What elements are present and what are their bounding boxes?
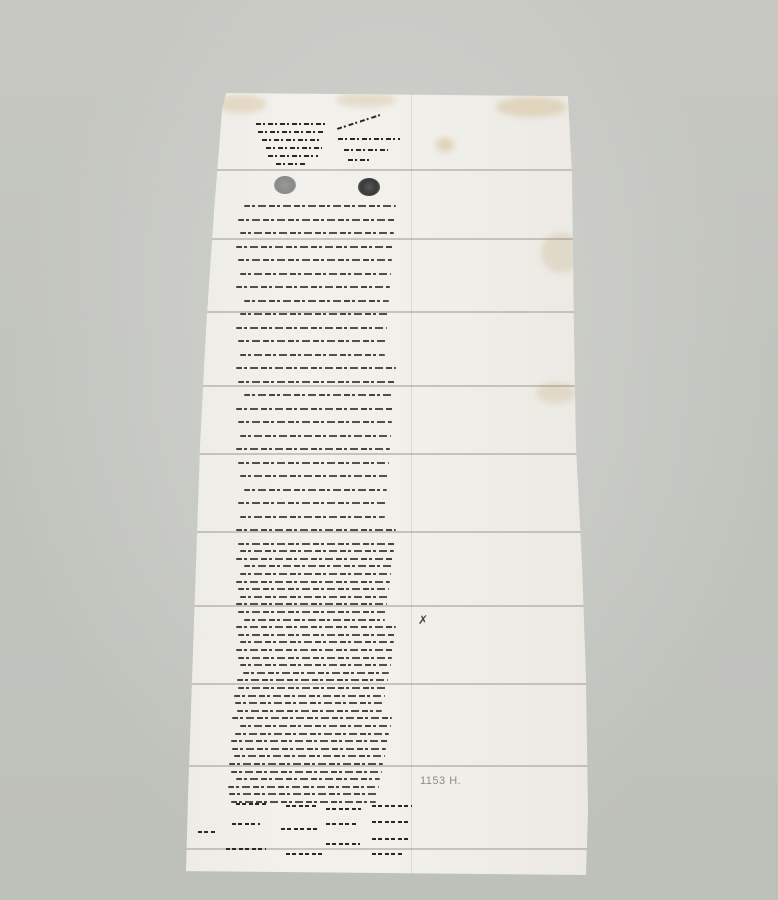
text-line (234, 755, 385, 757)
date-annotation: 1153 H. (420, 775, 461, 787)
text-line (236, 408, 393, 410)
ink-seal (358, 178, 380, 196)
paper-stain (336, 93, 396, 107)
text-line (238, 588, 389, 590)
signature-line (232, 823, 260, 825)
signature-line (372, 821, 410, 823)
text-line (238, 381, 395, 383)
text-line (236, 286, 390, 288)
text-line (238, 421, 392, 423)
text-line (238, 543, 395, 545)
signature-line (326, 808, 361, 810)
manuscript-paper: ✗ 1153 H. (186, 93, 588, 875)
header-text-line (337, 114, 380, 129)
text-line (232, 717, 392, 719)
text-line (236, 448, 390, 450)
signature-line (198, 831, 216, 833)
text-line (244, 565, 392, 567)
signature-line (372, 805, 412, 807)
fold-line-vertical (411, 93, 412, 875)
signature-line (326, 823, 358, 825)
text-line (228, 786, 379, 788)
text-line (244, 300, 389, 302)
text-line (236, 246, 393, 248)
text-line (237, 710, 382, 712)
text-line (244, 489, 387, 491)
text-line (240, 232, 394, 234)
text-line (240, 273, 391, 275)
text-line (240, 596, 388, 598)
text-line (238, 634, 395, 636)
text-line (238, 611, 386, 613)
text-line (229, 763, 383, 765)
text-line (240, 725, 391, 727)
text-line (240, 573, 391, 575)
text-line (231, 771, 382, 773)
header-text-line (338, 138, 400, 140)
text-line (244, 619, 385, 621)
cross-mark: ✗ (418, 613, 428, 627)
signature-line (372, 838, 408, 840)
text-line (240, 641, 394, 643)
signature-line (326, 843, 360, 845)
text-line (240, 435, 391, 437)
text-line (238, 259, 392, 261)
manuscript-text-column (236, 205, 406, 845)
text-line (236, 367, 396, 369)
header-text-line (344, 149, 388, 151)
text-line (240, 313, 388, 315)
header-text-line (258, 131, 324, 133)
header-text-line (262, 139, 322, 141)
text-line (238, 219, 395, 221)
header-text-line (276, 163, 306, 165)
text-line (235, 702, 383, 704)
text-line (232, 748, 386, 750)
text-line (244, 394, 394, 396)
text-line (236, 603, 387, 605)
signature-line (281, 828, 319, 830)
fold-line (186, 169, 588, 171)
text-line (237, 679, 388, 681)
text-line (240, 550, 394, 552)
wax-seal (274, 176, 296, 194)
header-text-line (348, 159, 372, 161)
text-line (229, 793, 377, 795)
text-line (243, 672, 389, 674)
text-line (240, 354, 385, 356)
signature-line (286, 853, 322, 855)
text-line (231, 740, 388, 742)
text-line (238, 502, 386, 504)
text-line (236, 558, 393, 560)
signature-line (286, 805, 316, 807)
paper-stain (436, 138, 454, 152)
header-text-line (268, 155, 318, 157)
text-line (238, 687, 386, 689)
text-line (238, 462, 389, 464)
paper-stain (496, 97, 566, 117)
signature-line (226, 848, 266, 850)
text-line (236, 649, 393, 651)
text-line (236, 529, 396, 531)
text-line (234, 695, 385, 697)
text-line (240, 516, 385, 518)
text-line (238, 657, 392, 659)
text-line (244, 205, 396, 207)
text-line (236, 778, 380, 780)
text-line (235, 733, 389, 735)
header-text-line (266, 147, 322, 149)
header-text-line (256, 123, 326, 125)
text-line (236, 327, 387, 329)
text-line (236, 581, 390, 583)
signature-line (236, 803, 266, 805)
text-line (236, 626, 396, 628)
text-line (240, 475, 388, 477)
text-line (238, 340, 386, 342)
signature-line (372, 853, 402, 855)
text-line (240, 664, 391, 666)
